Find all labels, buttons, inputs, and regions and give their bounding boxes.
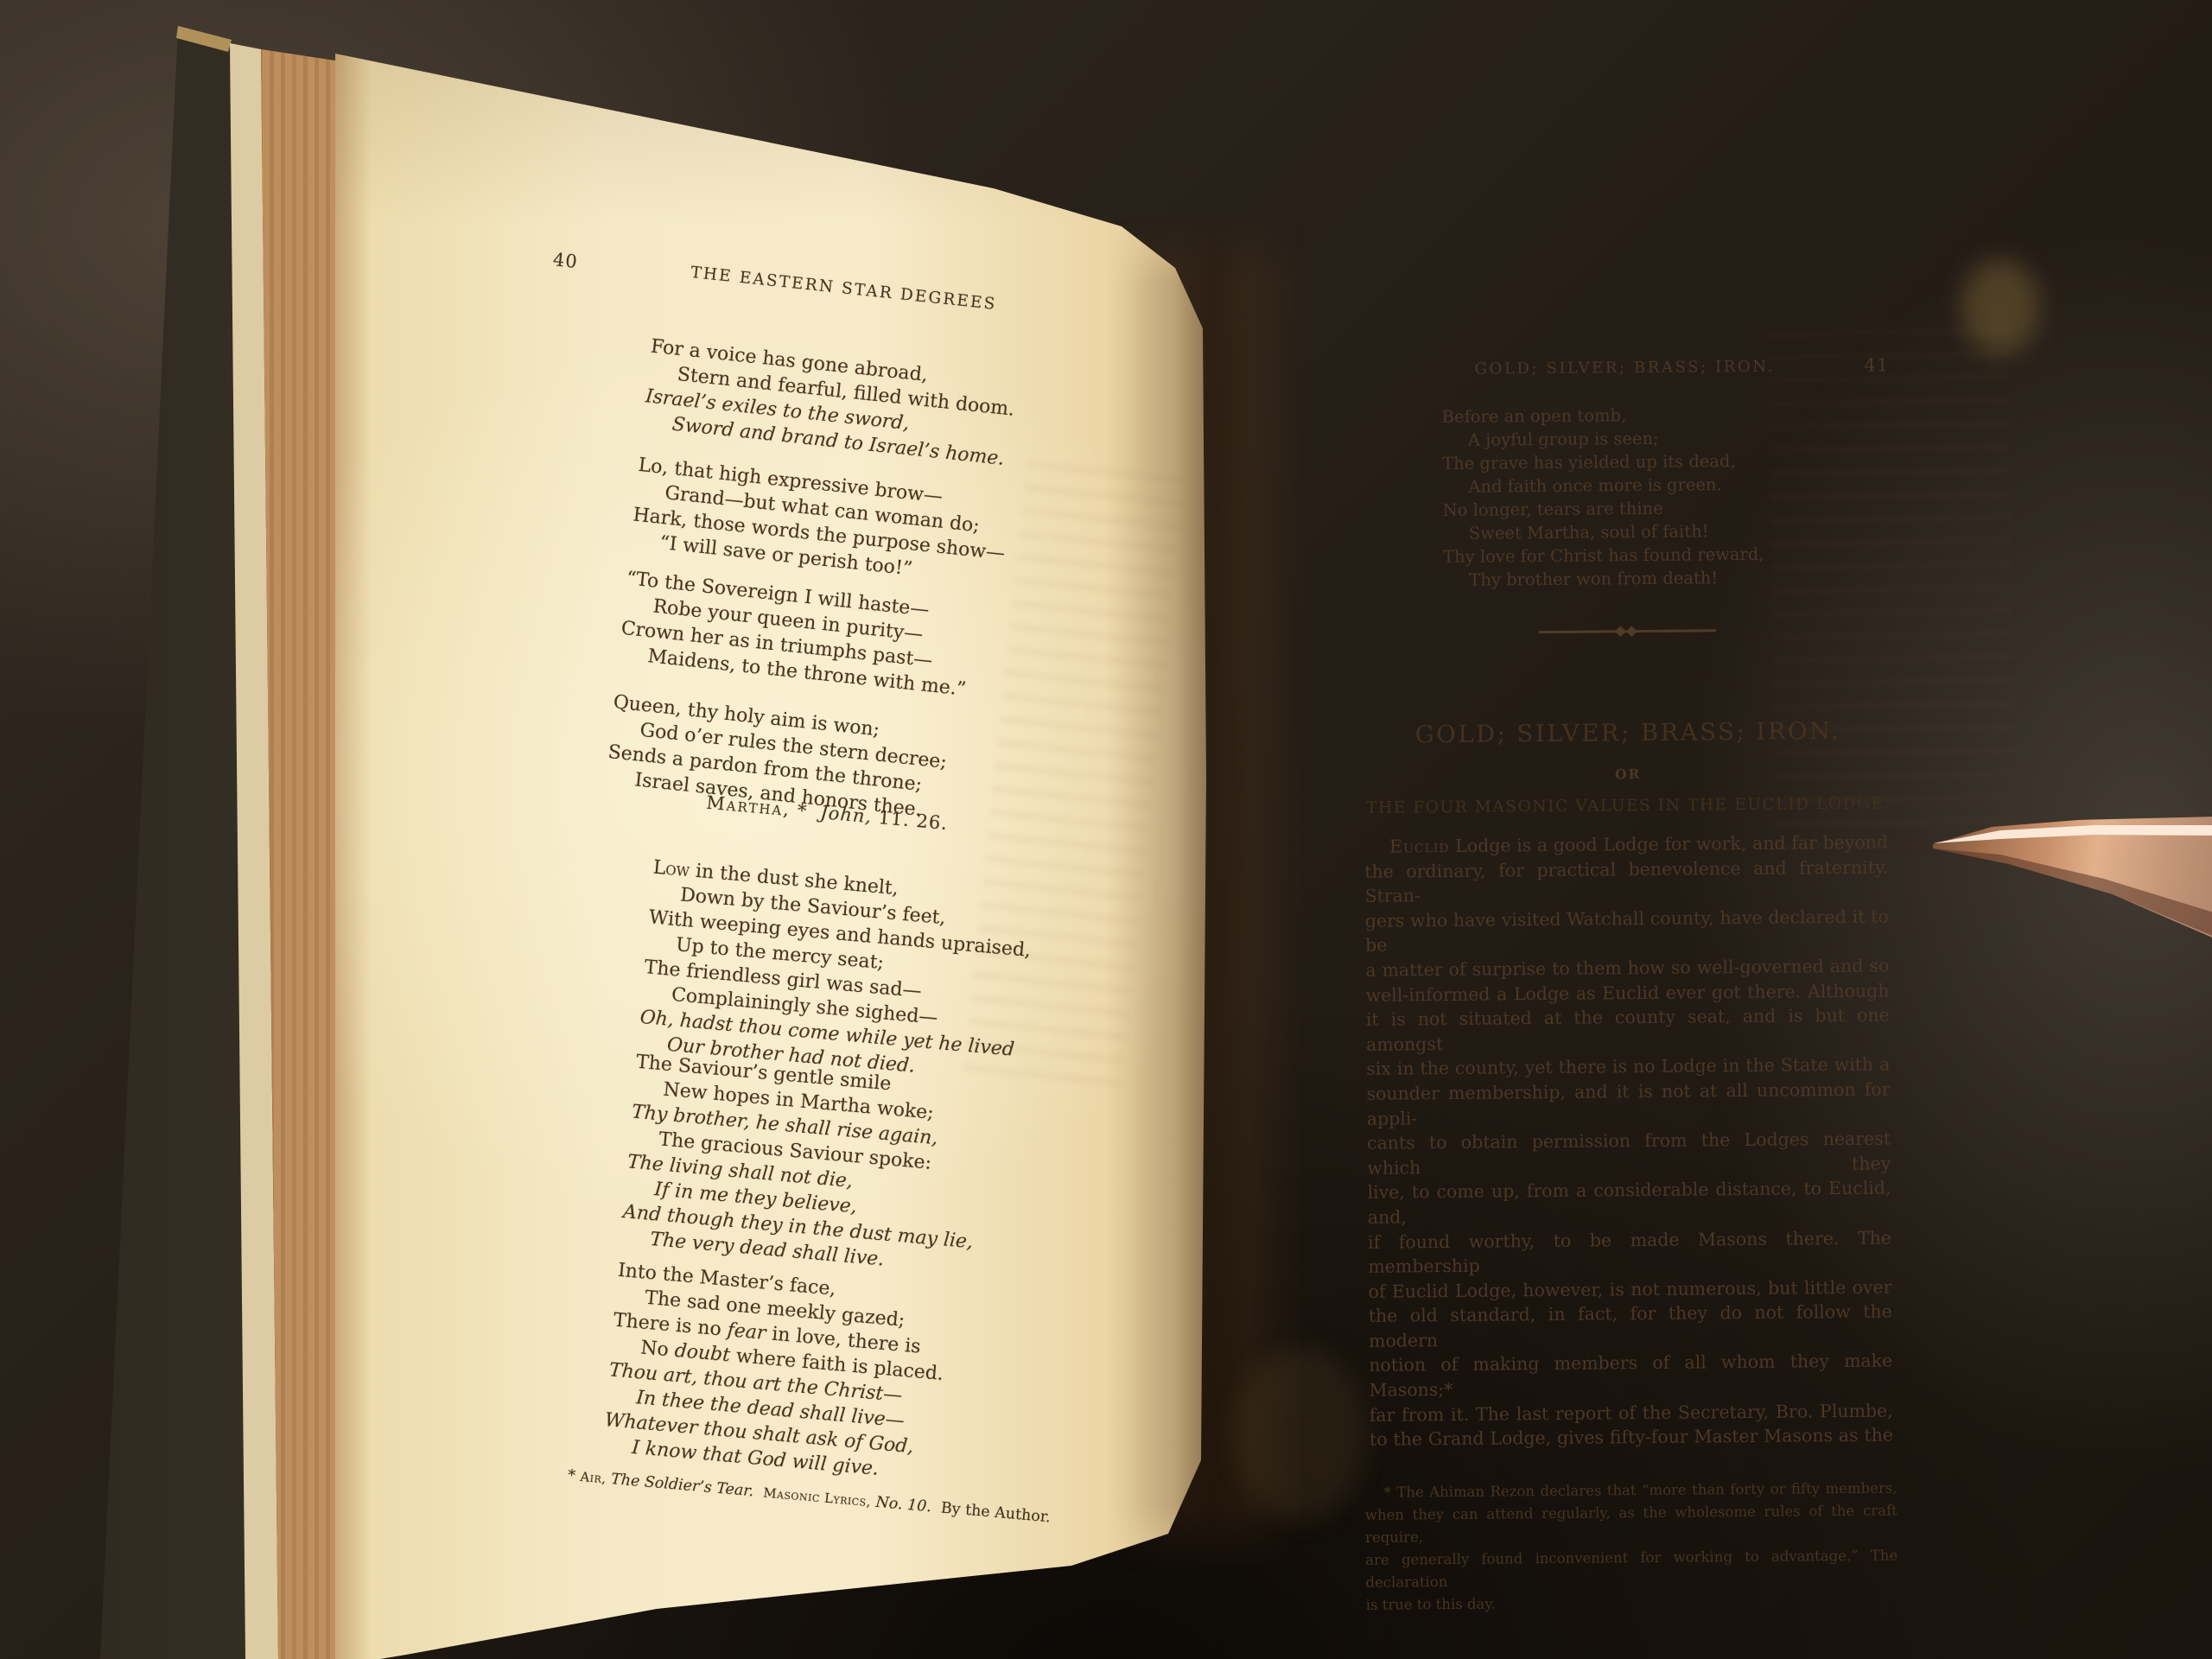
martha-title: Martha,: [705, 792, 791, 820]
letter-opener: [1923, 782, 2212, 946]
left-page-lower-text: Martha, * John, 11. 26. Low in the dust …: [492, 773, 1104, 1526]
divider-diamond: [1626, 626, 1637, 637]
lead-word: Euclid: [1389, 836, 1450, 857]
chapter-or-label: OR: [1351, 763, 1904, 785]
paragraph-line: if found worthy, to be made Masons there…: [1368, 1225, 1891, 1279]
stanza: The Saviour’s gentle smile New hopes in …: [620, 1050, 1080, 1288]
footnote-marker: *: [567, 1467, 575, 1485]
chapter-subtitle: THE FOUR MASONIC VALUES IN THE EUCLID LO…: [1352, 794, 1905, 817]
paragraph-line: a matter of surprise to them how so well…: [1365, 954, 1889, 983]
divider-diamond: [1615, 626, 1626, 637]
page-stain: [1236, 1348, 1365, 1521]
page-stain: [1961, 259, 2039, 354]
line-rest: Lodge is a good Lodge for work, and far …: [1449, 832, 1888, 856]
paragraph-line: sounder membership, and it is not at all…: [1366, 1077, 1890, 1130]
footnote-line: are generally found inconvenient for wor…: [1365, 1544, 1897, 1593]
small-caps-word: Low: [652, 857, 690, 882]
paragraph-line: cants to obtain permission from the Lodg…: [1367, 1127, 1891, 1180]
right-page-header: GOLD; SILVER; BRASS; IRON. 41: [1348, 342, 1901, 387]
chapter-title: GOLD; SILVER; BRASS; IRON.: [1351, 716, 1904, 749]
paragraph-line: the ordinary, for practical benevolence …: [1364, 855, 1888, 908]
paragraph-line: it is not situated at the county seat, a…: [1366, 1003, 1890, 1057]
section-divider: [1538, 629, 1715, 633]
line-part-italic: doubt: [674, 1340, 731, 1367]
stanza: For a voice has gone abroad, Stern and f…: [642, 334, 1095, 480]
scripture-ref-number: 11. 26.: [878, 807, 949, 834]
photo-of-open-book: 40 THE EASTERN STAR DEGREES For a voice …: [0, 0, 2212, 1659]
paragraph-line: to the Grand Lodge, gives fifty-four Mas…: [1370, 1423, 1893, 1452]
footnote-line: when they can attend regularly, as the w…: [1365, 1499, 1897, 1548]
paragraph-line: live, to come up, from a considerable di…: [1367, 1176, 1891, 1230]
running-title-right: GOLD; SILVER; BRASS; IRON.: [1348, 356, 1901, 379]
air-label: Air,: [580, 1469, 607, 1487]
stanza: Into the Master’s face, The sad one meek…: [601, 1258, 1062, 1497]
page-number-right: 41: [1864, 355, 1889, 376]
poem-line: Thy brother won from death!: [1443, 564, 1903, 592]
line-part-italic: fear: [727, 1319, 767, 1344]
footnote-marker: *: [797, 800, 809, 822]
right-page-text: GOLD; SILVER; BRASS; IRON. 41 Before an …: [1348, 342, 1912, 1616]
body-paragraph: Euclid Lodge is a good Lodge for work, a…: [1352, 829, 1910, 1452]
page-number-left: 40: [552, 249, 579, 272]
footnote-line: is true to this day.: [1366, 1589, 1898, 1616]
letter-opener-blade: [1923, 782, 2212, 946]
poem: Before an open tomb, A joyful group is s…: [1442, 401, 1904, 592]
paragraph-line: the old standard, in fact, for they do n…: [1369, 1300, 1892, 1353]
line-part: No: [639, 1337, 676, 1361]
left-page-upper-text: 40 THE EASTERN STAR DEGREES For a voice …: [497, 244, 1103, 836]
scripture-ref: John,: [819, 802, 873, 827]
paragraph-line: gers who have visited Watchall county, h…: [1365, 904, 1889, 957]
footnote-right: * The Ahiman Rezon declares that “more t…: [1357, 1477, 1911, 1617]
paragraph-line: notion of making members of all whom the…: [1369, 1349, 1892, 1402]
